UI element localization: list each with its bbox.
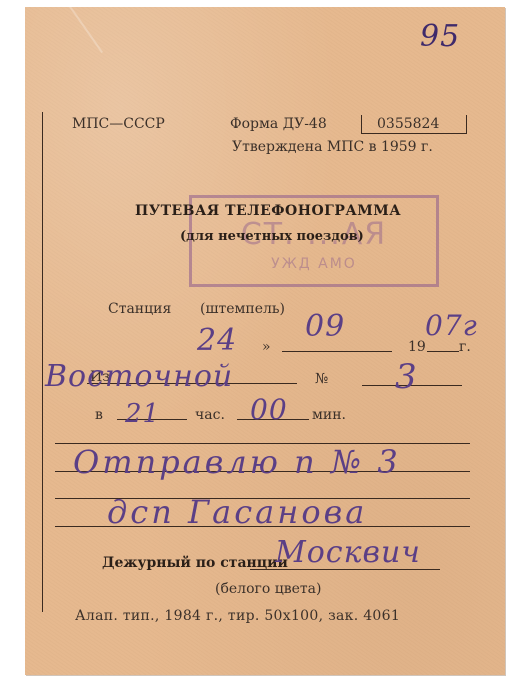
folio-number-text: 95 (420, 19, 460, 54)
time-prefix: в (95, 407, 103, 423)
form-title: ПУТЕВАЯ ТЕЛЕФОНОГРАММА (135, 203, 401, 219)
form-label: Форма ДУ-48 (230, 116, 327, 132)
hour-label: час. (195, 407, 225, 423)
stamp-line-2: УЖД АМО (192, 256, 436, 272)
telephonogram-form: 95 МПС—СССР Форма ДУ-48 0355824 Утвержде… (25, 7, 505, 675)
hour-value: 21 (125, 399, 160, 429)
date-month-line (282, 351, 392, 352)
paper-crease (67, 3, 103, 53)
approval-note: Утверждена МПС в 1959 г. (232, 139, 433, 155)
from-value: Восточной (45, 359, 233, 394)
year-line (427, 351, 459, 352)
form-serial: 0355824 (377, 116, 439, 132)
form-subtitle: (для нечетных поездов) (180, 229, 364, 244)
number-label: № (315, 371, 328, 387)
printer-info: Алап. тип., 1984 г., тир. 50х100, зак. 4… (75, 608, 400, 624)
date-quote: » (262, 339, 271, 355)
station-stamp-label: (штемпель) (200, 301, 285, 317)
minute-label: мин. (312, 407, 346, 423)
message-line-1: Отправлю п № 3 (73, 443, 401, 481)
ministry-label: МПС—СССР (72, 116, 165, 132)
duty-signature: Москвич (275, 535, 421, 570)
number-value: 3 (395, 357, 418, 397)
color-note: (белого цвета) (215, 581, 321, 597)
date-day: 24 (197, 323, 237, 358)
message-line-2: дсп Гасанова (107, 493, 367, 531)
date-month: 09 (305, 309, 345, 344)
year-prefix: 19 (408, 339, 426, 355)
date-year: 07г (425, 309, 478, 342)
margin-line (42, 112, 43, 612)
station-label: Станция (108, 301, 171, 317)
minute-value: 00 (250, 393, 288, 426)
